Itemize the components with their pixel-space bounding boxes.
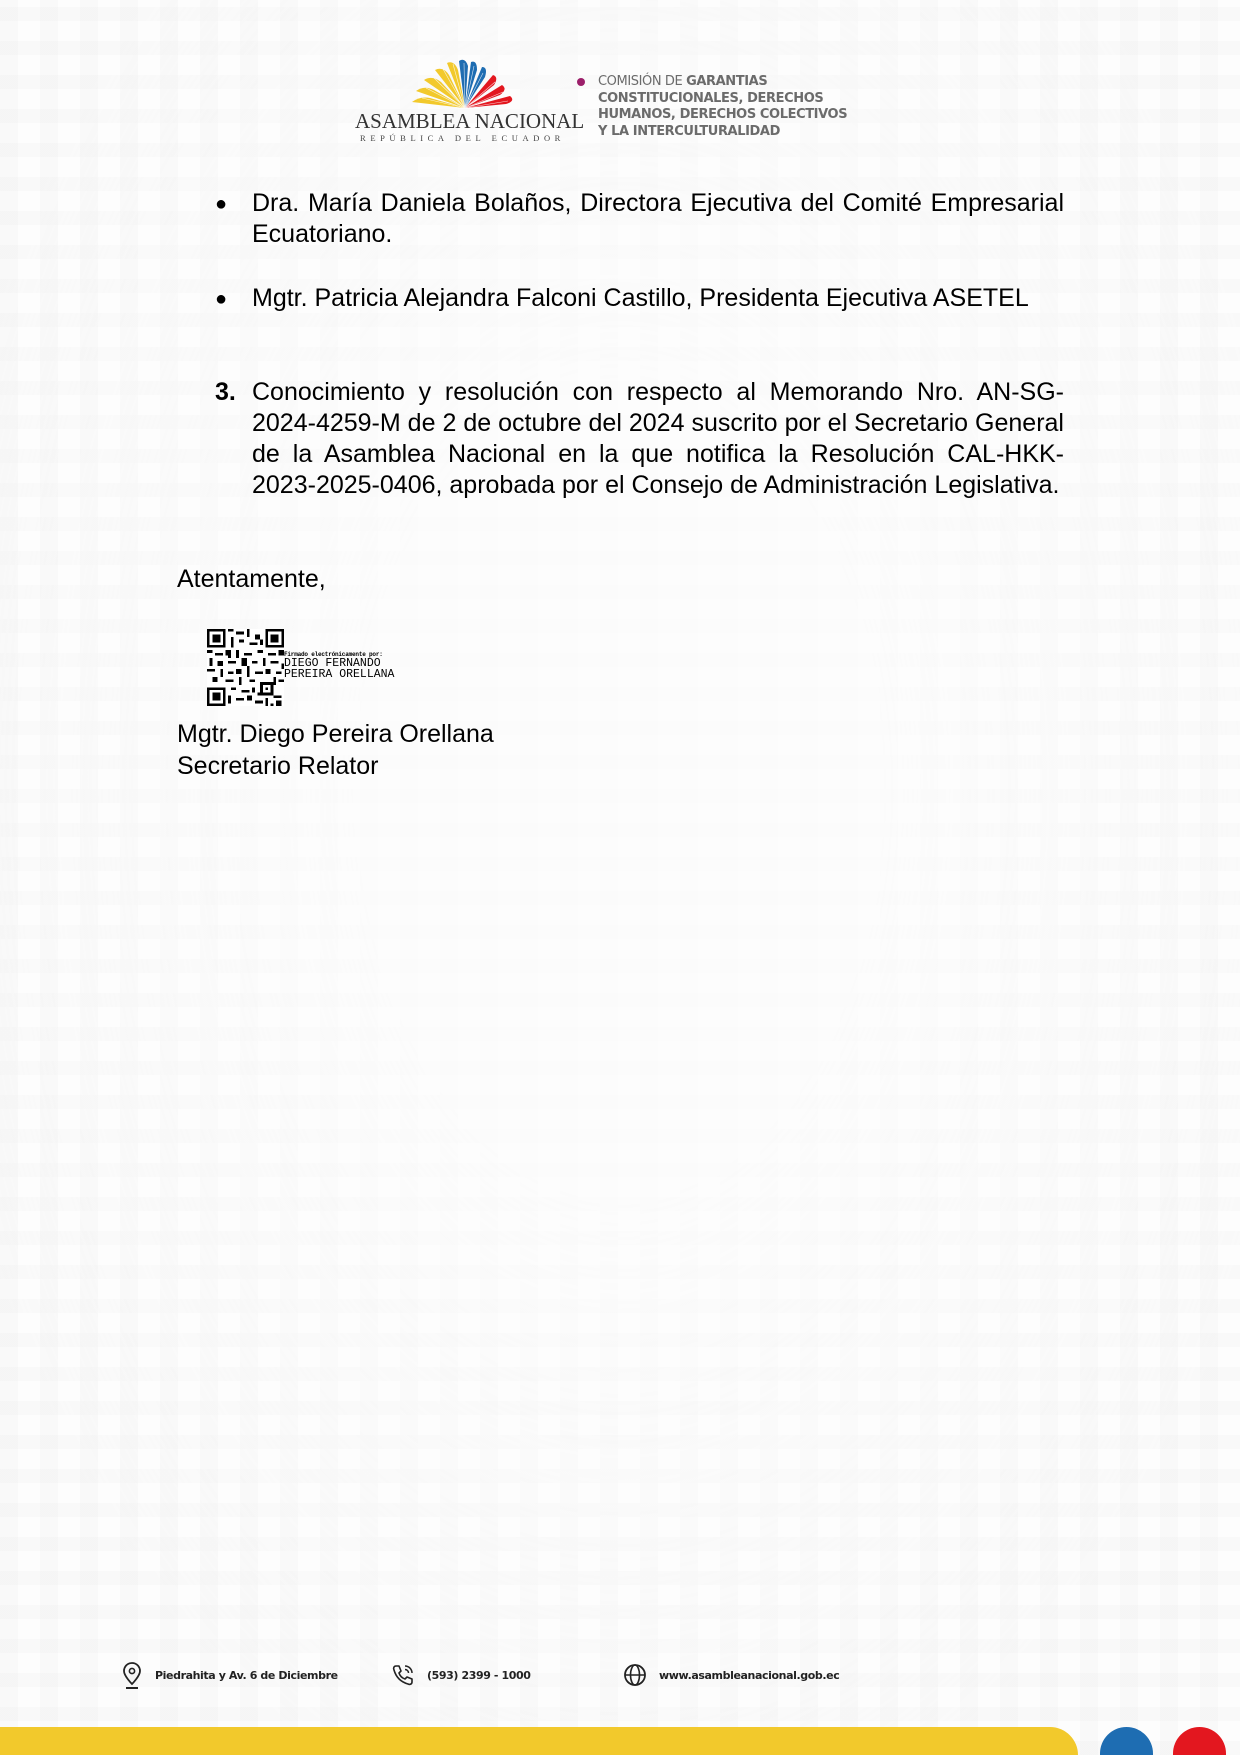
agenda-item: Conocimiento y resolución con respecto a… — [252, 377, 1064, 501]
letterhead: Asamblea Nacional REPÚBLICA DEL ECUADOR … — [355, 58, 895, 143]
footer-phone: (593) 2399 - 1000 — [391, 1660, 531, 1690]
footer-website: www.asambleanacional.gob.ec — [623, 1660, 839, 1690]
bullet-marker: ● — [215, 189, 227, 220]
phone-text: (593) 2399 - 1000 — [427, 1669, 531, 1682]
commission-dot-icon — [577, 78, 585, 86]
footer-half-circle-red — [1173, 1727, 1226, 1755]
item-number: 3. — [215, 377, 236, 408]
phone-icon — [391, 1663, 415, 1687]
qr-code-icon — [207, 629, 284, 706]
logo-subtitle: REPÚBLICA DEL ECUADOR — [357, 133, 568, 143]
website-link[interactable]: www.asambleanacional.gob.ec — [659, 1669, 839, 1682]
address-text: Piedrahita y Av. 6 de Diciembre — [155, 1669, 338, 1682]
logo-title: Asamblea Nacional — [355, 109, 570, 134]
signature-text: Firmado electrónicamente por: DIEGO FERN… — [284, 651, 394, 680]
background-pattern — [0, 0, 1240, 1755]
asamblea-logo: Asamblea Nacional REPÚBLICA DEL ECUADOR — [355, 58, 570, 143]
list-item: Mgtr. Patricia Alejandra Falconi Castill… — [252, 283, 1064, 314]
map-pin-icon — [121, 1661, 143, 1689]
footer-band-yellow — [0, 1727, 1078, 1755]
list-item: Dra. María Daniela Bolaños, Directora Ej… — [252, 188, 1064, 250]
feather-fan-icon — [410, 58, 520, 110]
footer-address: Piedrahita y Av. 6 de Diciembre — [121, 1660, 338, 1690]
electronic-signature: Firmado electrónicamente por: DIEGO FERN… — [207, 629, 437, 706]
signer-title: Secretario Relator — [177, 751, 378, 782]
footer-half-circle-blue — [1100, 1727, 1153, 1755]
globe-icon — [623, 1663, 647, 1687]
logo-title-text: Asamblea Nacional — [355, 109, 584, 133]
footer-contact: Piedrahita y Av. 6 de Diciembre (593) 23… — [0, 1660, 1240, 1690]
commission-text: COMISIÓN DE GARANTIAS CONSTITUCIONALES, … — [598, 74, 908, 140]
signer-name-line2: PEREIRA ORELLANA — [284, 669, 394, 680]
bullet-marker: ● — [215, 284, 227, 315]
signer-name: Mgtr. Diego Pereira Orellana — [177, 719, 494, 750]
closing: Atentamente, — [177, 564, 326, 595]
